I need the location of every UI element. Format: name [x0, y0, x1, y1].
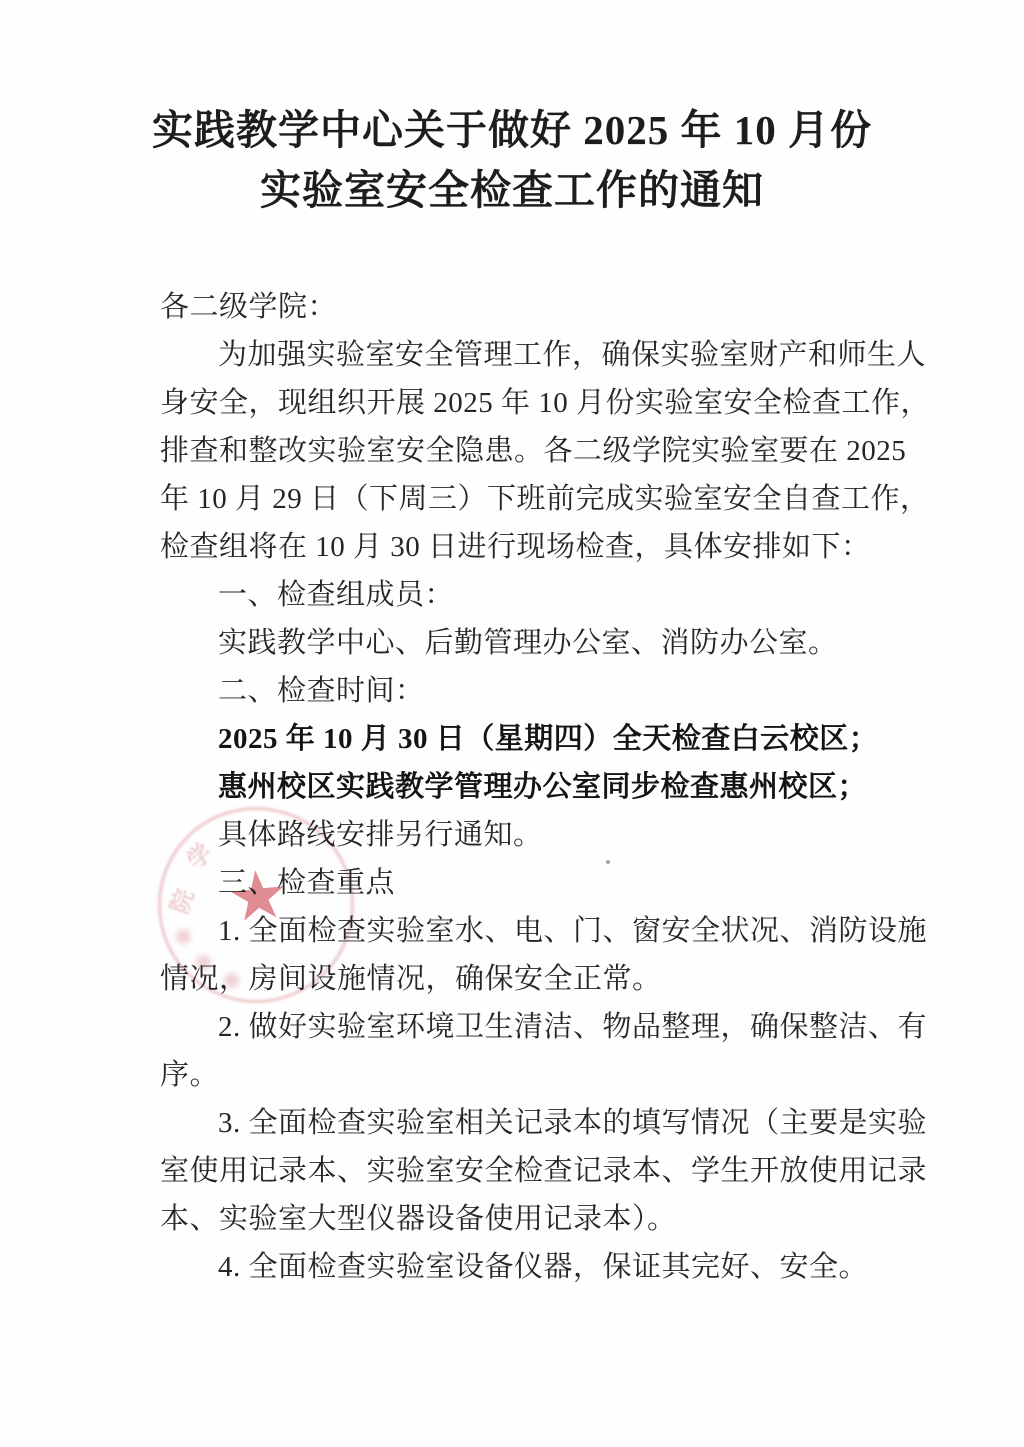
title-line-1: 实践教学中心关于做好 2025 年 10 月份 [0, 100, 1024, 160]
body-line: 4. 全面检查实验室设备仪器，保证其完好、安全。 [160, 1243, 926, 1291]
body-line: 室使用记录本、实验室安全检查记录本、学生开放使用记录 [160, 1147, 926, 1195]
body-line: 3. 全面检查实验室相关记录本的填写情况（主要是实验 [160, 1099, 926, 1147]
body-line: 2. 做好实验室环境卫生清洁、物品整理，确保整洁、有 [160, 1003, 926, 1051]
body-line: 具体路线安排另行通知。 [160, 811, 926, 859]
title-line-2: 实验室安全检查工作的通知 [0, 160, 1024, 220]
body-line: 序。 [160, 1051, 926, 1099]
body-line: 各二级学院： [160, 283, 926, 331]
document-body: 各二级学院：为加强实验室安全管理工作，确保实验室财产和师生人身安全，现组织开展 … [160, 283, 926, 1291]
body-line: 本、实验室大型仪器设备使用记录本）。 [160, 1195, 926, 1243]
body-line-bold: 惠州校区实践教学管理办公室同步检查惠州校区； [160, 763, 926, 811]
body-line: 排查和整改实验室安全隐患。各二级学院实验室要在 2025 [160, 427, 926, 475]
body-line: 三、检查重点 [160, 859, 926, 907]
body-line: 为加强实验室安全管理工作，确保实验室财产和师生人 [160, 331, 926, 379]
body-line: 年 10 月 29 日（下周三）下班前完成实验室安全自查工作， [160, 475, 926, 523]
body-line: 检查组将在 10 月 30 日进行现场检查，具体安排如下： [160, 523, 926, 571]
body-line: 情况，房间设施情况，确保安全正常。 [160, 955, 926, 1003]
scan-artifact-dot [606, 860, 610, 864]
body-line: 身安全，现组织开展 2025 年 10 月份实验室安全检查工作， [160, 379, 926, 427]
body-line: 二、检查时间： [160, 667, 926, 715]
body-line-bold: 2025 年 10 月 30 日（星期四）全天检查白云校区； [160, 715, 926, 763]
body-line: 一、检查组成员： [160, 571, 926, 619]
document-title: 实践教学中心关于做好 2025 年 10 月份 实验室安全检查工作的通知 [0, 100, 1024, 220]
document-page: 实践教学中心关于做好 2025 年 10 月份 实验室安全检查工作的通知 各二级… [0, 0, 1024, 1447]
body-line: 1. 全面检查实验室水、电、门、窗安全状况、消防设施 [160, 907, 926, 955]
body-line: 实践教学中心、后勤管理办公室、消防办公室。 [160, 619, 926, 667]
